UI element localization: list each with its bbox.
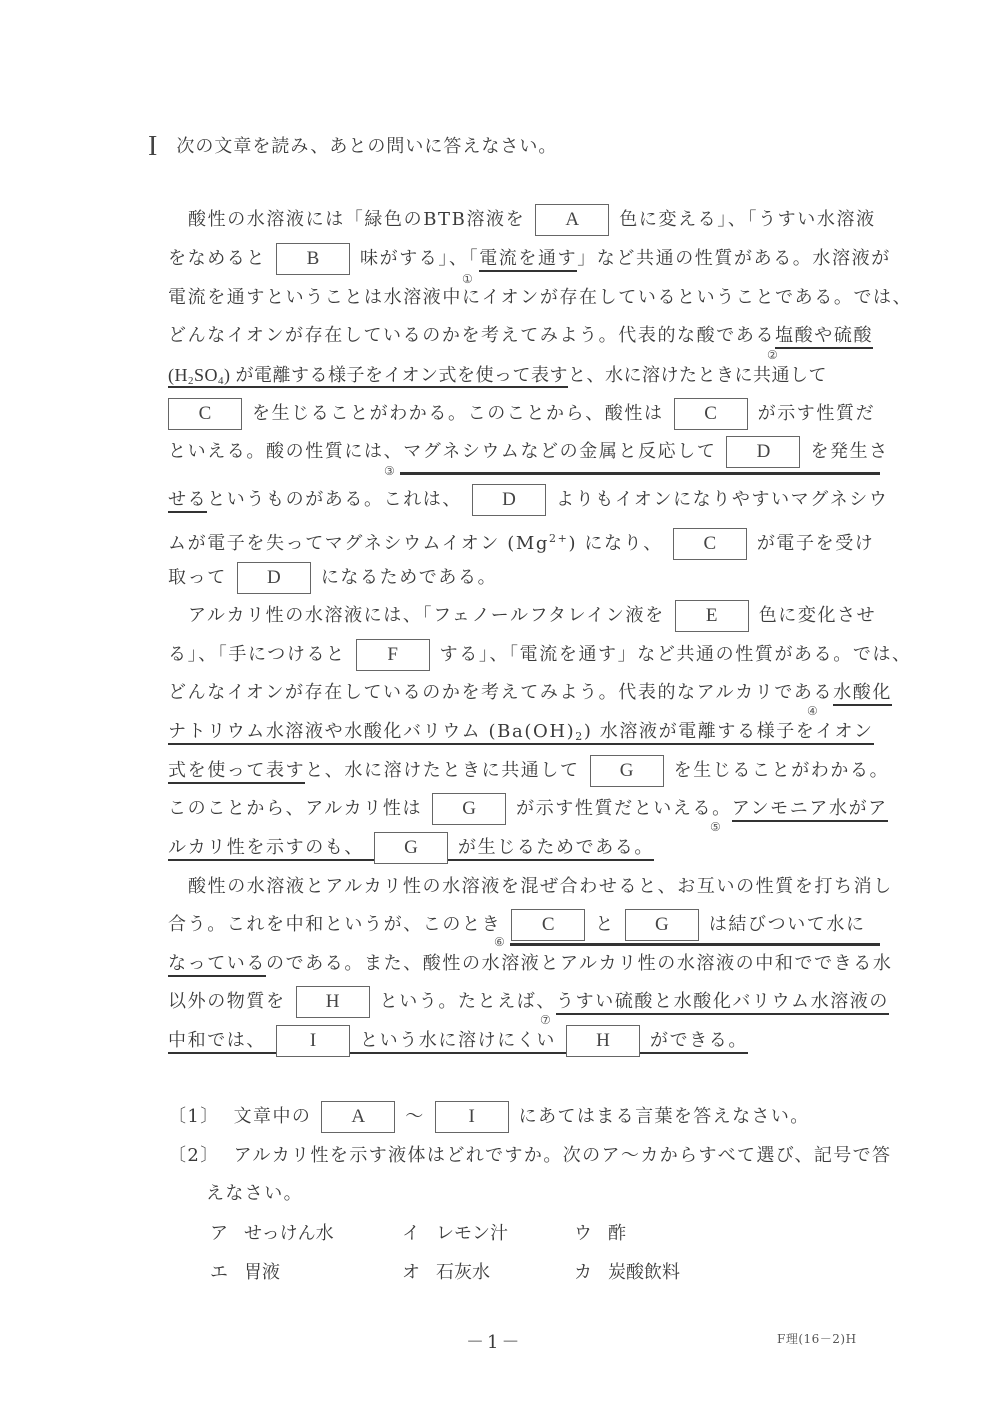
blank-A: A <box>535 204 609 236</box>
choice-symbol: ア <box>210 1219 244 1249</box>
text: 」など共通の性質がある。水溶液が <box>577 248 891 269</box>
choice-label: 炭酸飲料 <box>608 1262 680 1283</box>
text: 味がする」、「 <box>360 248 479 269</box>
choice-label: せっけん水 <box>244 1223 334 1244</box>
passage-line-3: 電流を通すということは水溶液中にイオンが存在しているということである。では、 <box>168 280 912 316</box>
text: 取って <box>168 567 227 588</box>
blank-D: D <box>726 436 800 468</box>
section-heading: I次の文章を読み、あとの問いに答えなさい。 <box>148 131 557 163</box>
passage-line-2: をなめるとB味がする」、「電流を通す」など共通の性質がある。水溶液が <box>168 241 891 277</box>
choice-symbol: オ <box>402 1258 436 1288</box>
question-2-continued: えなさい。 <box>206 1176 303 1212</box>
text: と、水に溶けたときに共通して <box>568 365 827 385</box>
underlined-phrase-6-end: なっている <box>168 953 266 977</box>
text: どんなイオンが存在しているのかを考えてみよう。代表的なアルカリである <box>168 682 833 703</box>
section-instruction: 次の文章を読み、あとの問いに答えなさい。 <box>176 136 557 157</box>
text: を発生さ <box>810 441 888 462</box>
passage-line-15: 式を使って表すと、水に溶けたときに共通してGを生じることがわかる。 <box>168 753 889 789</box>
blank-D: D <box>472 484 546 516</box>
text: ルカリ性を示すのも、 <box>168 837 364 858</box>
passage-line-12: る」、「手につけるとFする」、「電流を通す」など共通の性質がある。では、 <box>168 637 912 673</box>
passage-line-5: (H2SO4) が電離する様子をイオン式を使って表すと、水に溶けたときに共通して <box>168 357 827 393</box>
text: といえる。酸の性質には、 <box>168 441 403 462</box>
text: 〜 <box>405 1106 424 1127</box>
blank-H: H <box>296 986 370 1018</box>
text: ムが電子を失ってマグネシウムイオン (Mg <box>168 533 549 554</box>
passage-line-11: アルカリ性の水溶液には、「フェノールフタレイン液をE色に変化させ <box>188 598 876 634</box>
blank-A: A <box>321 1101 395 1133</box>
subscript: 2 <box>575 730 584 743</box>
underlined-phrase-4-end: 式を使って表す <box>168 760 305 784</box>
text: 合う。これを中和というが、このとき <box>168 914 501 935</box>
passage-line-7: といえる。酸の性質には、マグネシウムなどの金属と反応してDを発生さ <box>168 434 889 470</box>
text: 文章中の <box>234 1106 312 1127</box>
passage-line-13: どんなイオンが存在しているのかを考えてみよう。代表的なアルカリである水酸化 <box>168 675 892 711</box>
passage-line-8: せるというものがある。これは、Dよりもイオンになりやすいマグネシウ <box>168 482 889 518</box>
blank-E: E <box>675 600 749 632</box>
text: どんなイオンが存在しているのかを考えてみよう。代表的な酸である <box>168 325 775 346</box>
text: のである。また、酸性の水溶液とアルカリ性の水溶液の中和でできる水 <box>266 953 892 974</box>
choice-i: イレモン汁 <box>402 1219 508 1249</box>
page-number: －1－ <box>466 1328 522 1354</box>
passage-line-17: ルカリ性を示すのも、Gが生じるためである。 <box>168 830 654 866</box>
question-1: 〔1〕文章中のA〜Iにあてはまる言葉を答えなさい。 <box>168 1099 810 1135</box>
underlined-phrase-1: 電流を通す <box>479 248 577 272</box>
text: る」、「手につけると <box>168 644 346 665</box>
text: が生じるためである。 <box>458 837 654 858</box>
text: 色に変化させ <box>759 605 877 626</box>
underlined-phrase-2: 塩酸や硫酸 <box>775 325 873 349</box>
text: 以外の物質を <box>168 991 286 1012</box>
text: ができる。 <box>650 1030 748 1051</box>
text: という水に溶けにくい <box>360 1030 556 1051</box>
choice-u: ウ酢 <box>574 1219 626 1249</box>
choice-symbol: カ <box>574 1258 608 1288</box>
choice-a: アせっけん水 <box>210 1219 334 1249</box>
choice-label: 酢 <box>608 1223 626 1244</box>
text: マグネシウムなどの金属と反応して <box>403 441 716 462</box>
choice-e: エ胃液 <box>210 1258 280 1288</box>
underlined-phrase-5: アンモニア水がア <box>732 798 888 822</box>
text: ナトリウム水溶液や水酸化バリウム (Ba(OH) <box>168 721 575 742</box>
choice-symbol: ウ <box>574 1219 608 1249</box>
blank-G: G <box>374 832 448 864</box>
text: SO <box>194 365 218 385</box>
question-2: 〔2〕アルカリ性を示す液体はどれですか。次のア〜カからすべて選び、記号で答 <box>168 1138 891 1174</box>
underlined-phrase-4: 水酸化 <box>833 682 892 706</box>
blank-C: C <box>673 528 747 560</box>
choice-ka: カ炭酸飲料 <box>574 1258 680 1288</box>
passage-line-22: 中和では、Iという水に溶けにくいHができる。 <box>168 1023 748 1059</box>
text: 色に変える」、「うすい水溶液 <box>619 209 875 230</box>
question-number: 〔1〕 <box>168 1106 220 1127</box>
text: 中和では、 <box>168 1030 266 1051</box>
text: アルカリ性を示す液体はどれですか。次のア〜カからすべて選び、記号で答 <box>234 1145 892 1166</box>
text: (H <box>168 365 188 385</box>
passage-line-14: ナトリウム水溶液や水酸化バリウム (Ba(OH)2) 水溶液が電離する様子をイオ… <box>168 714 874 750</box>
blank-G: G <box>625 909 699 941</box>
text: 電流を通すということは水溶液中にイオンが存在しているということである。では、 <box>168 287 912 308</box>
text: を生じることがわかる。このことから、酸性は <box>252 403 664 424</box>
choice-symbol: イ <box>402 1219 436 1249</box>
blank-F: F <box>356 639 430 671</box>
marker-5: ⑤ <box>710 820 721 834</box>
blank-D: D <box>237 562 311 594</box>
text: というものがある。これは、 <box>207 489 462 510</box>
blank-I: I <box>276 1025 350 1057</box>
question-number: 〔2〕 <box>168 1145 220 1166</box>
text: 酸性の水溶液とアルカリ性の水溶液を混ぜ合わせると、お互いの性質を打ち消し <box>188 876 893 897</box>
text: えなさい。 <box>206 1183 303 1204</box>
text: よりもイオンになりやすいマグネシウ <box>556 489 888 510</box>
text: このことから、アルカリ性は <box>168 798 422 819</box>
passage-line-18: 酸性の水溶液とアルカリ性の水溶液を混ぜ合わせると、お互いの性質を打ち消し <box>188 869 893 905</box>
passage-line-19: 合う。これを中和というが、このときCとGは結びついて水に <box>168 907 866 943</box>
blank-G: G <box>432 793 506 825</box>
passage-line-9: ムが電子を失ってマグネシウムイオン (Mg2+) になり、Cが電子を受け <box>168 521 874 557</box>
text: が示す性質だ <box>758 403 876 424</box>
text: は結びついて水に <box>709 914 866 935</box>
exam-code: F理(16－2)H <box>777 1330 857 1347</box>
text: が電子を受け <box>757 533 875 554</box>
text: と、水に溶けたときに共通して <box>305 760 579 781</box>
marker-3: ③ <box>384 464 395 478</box>
choice-symbol: エ <box>210 1258 244 1288</box>
blank-H: H <box>566 1025 640 1057</box>
choice-label: 石灰水 <box>436 1262 490 1283</box>
text: を生じることがわかる。 <box>674 760 890 781</box>
text: が示す性質だといえる。 <box>516 798 732 819</box>
passage-line-20: なっているのである。また、酸性の水溶液とアルカリ性の水溶液の中和でできる水 <box>168 946 892 982</box>
text: と <box>595 914 615 935</box>
blank-G: G <box>590 755 664 787</box>
superscript: 2+ <box>549 532 568 545</box>
choice-o: オ石灰水 <box>402 1258 490 1288</box>
blank-C: C <box>511 909 585 941</box>
passage-line-16: このことから、アルカリ性はGが示す性質だといえる。アンモニア水がア <box>168 791 888 827</box>
choice-label: レモン汁 <box>436 1223 508 1244</box>
blank-B: B <box>276 243 350 275</box>
text: ) が電離する様子をイオン式を使って表す <box>224 365 568 385</box>
passage-line-6: Cを生じることがわかる。このことから、酸性はCが示す性質だ <box>168 396 875 432</box>
text: アルカリ性の水溶液には、「フェノールフタレイン液を <box>188 605 665 626</box>
blank-I: I <box>435 1101 509 1133</box>
underlined-phrase-7: うすい硫酸と水酸化バリウム水溶液の <box>556 991 889 1015</box>
section-number: I <box>148 131 158 162</box>
passage-line-1: 酸性の水溶液には「緑色のBTB溶液をA色に変える」、「うすい水溶液 <box>188 202 876 238</box>
blank-C: C <box>674 398 748 430</box>
underline-3 <box>400 472 880 475</box>
text: 酸性の水溶液には「緑色のBTB溶液を <box>188 209 525 230</box>
choice-label: 胃液 <box>244 1262 280 1283</box>
text: になるためである。 <box>321 567 497 588</box>
text: をなめると <box>168 248 266 269</box>
text: ) 水溶液が電離する様子をイオン <box>584 721 874 742</box>
exam-page: I次の文章を読み、あとの問いに答えなさい。 酸性の水溶液には「緑色のBTB溶液を… <box>0 0 1000 1403</box>
text: ) になり、 <box>568 533 662 554</box>
underlined-phrase-3-end: せる <box>168 489 207 513</box>
passage-line-10: 取ってDになるためである。 <box>168 560 497 596</box>
text: する」、「電流を通す」など共通の性質がある。では、 <box>440 644 912 665</box>
text: という。たとえば、 <box>380 991 556 1012</box>
blank-C: C <box>168 398 242 430</box>
text: にあてはまる言葉を答えなさい。 <box>519 1106 810 1127</box>
passage-line-21: 以外の物質をHという。たとえば、うすい硫酸と水酸化バリウム水溶液の <box>168 984 889 1020</box>
